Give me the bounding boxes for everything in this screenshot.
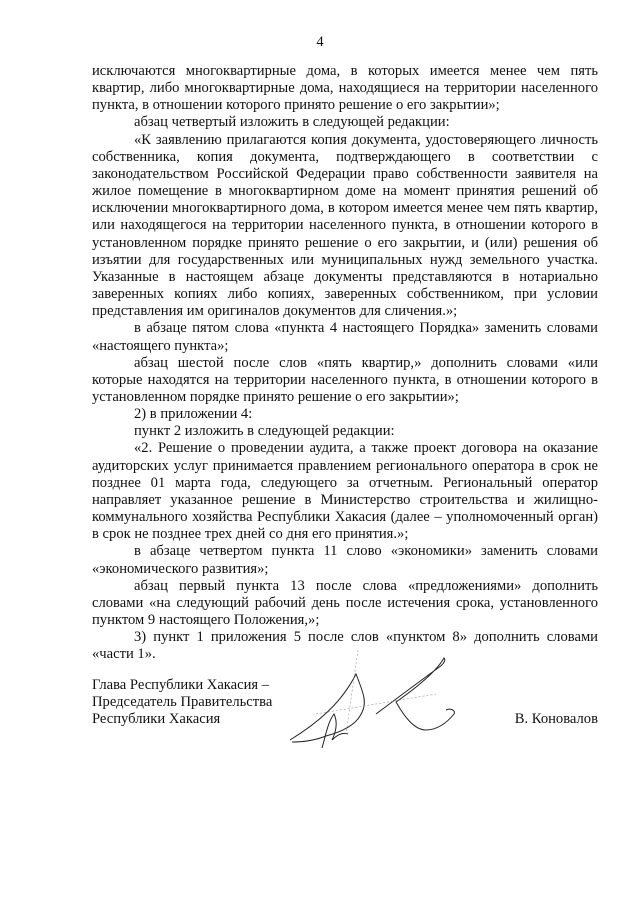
page-number: 4: [0, 34, 640, 51]
document-body: исключаются многоквартирные дома, в кото…: [92, 63, 598, 663]
paragraph: в абзаце пятом слова «пункта 4 настоящег…: [92, 320, 598, 354]
signatory-title-line: Глава Республики Хакасия –: [92, 677, 272, 694]
paragraph: исключаются многоквартирные дома, в кото…: [92, 63, 598, 114]
signatory-title-line: Республики Хакасия: [92, 711, 272, 728]
signatory-title-line: Председатель Правительства: [92, 694, 272, 711]
paragraph: абзац шестой после слов «пять квартир,» …: [92, 355, 598, 406]
handwritten-signature: [286, 644, 486, 754]
paragraph: абзац четвертый изложить в следующей ред…: [92, 114, 598, 131]
paragraph: в абзаце четвертом пункта 11 слово «экон…: [92, 543, 598, 577]
paragraph: пункт 2 изложить в следующей редакции:: [92, 423, 598, 440]
paragraph: «2. Решение о проведении аудита, а также…: [92, 440, 598, 543]
signatory-title: Глава Республики Хакасия – Председатель …: [92, 677, 272, 729]
paragraph: «К заявлению прилагаются копия документа…: [92, 132, 598, 321]
signatory-name: В. Коновалов: [515, 711, 598, 728]
paragraph: абзац первый пункта 13 после слова «пред…: [92, 578, 598, 629]
paragraph: 2) в приложении 4:: [92, 406, 598, 423]
